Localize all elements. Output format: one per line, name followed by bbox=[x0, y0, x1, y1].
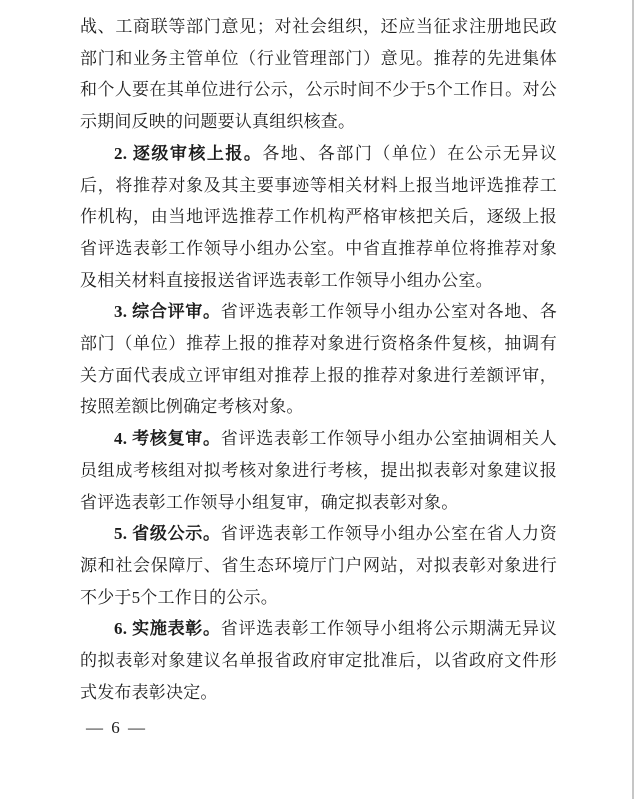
paragraph: 战、工商联等部门意见；对社会组织，还应当征求注册地民政部门和业务主管单位（行业管… bbox=[80, 11, 557, 138]
paragraph-text: 战、工商联等部门意见；对社会组织，还应当征求注册地民政部门和业务主管单位（行业管… bbox=[80, 17, 557, 131]
paragraph-lead: 5. 省级公示。 bbox=[114, 524, 221, 543]
paragraph-lead: 6. 实施表彰。 bbox=[114, 619, 221, 638]
paragraph: 2. 逐级审核上报。各地、各部门（单位）在公示无异议后，将推荐对象及其主要事迹等… bbox=[80, 138, 557, 297]
paragraph-lead: 3. 综合评审。 bbox=[114, 302, 221, 321]
paragraph: 5. 省级公示。省评选表彰工作领导小组办公室在省人力资源和社会保障厅、省生态环境… bbox=[80, 518, 557, 613]
document-page: 战、工商联等部门意见；对社会组织，还应当征求注册地民政部门和业务主管单位（行业管… bbox=[0, 0, 634, 799]
paragraph: 3. 综合评审。省评选表彰工作领导小组办公室对各地、各部门（单位）推荐上报的推荐… bbox=[80, 296, 557, 423]
paragraph-lead: 4. 考核复审。 bbox=[114, 429, 221, 448]
document-body: 战、工商联等部门意见；对社会组织，还应当征求注册地民政部门和业务主管单位（行业管… bbox=[80, 0, 557, 738]
paragraph-text: 各地、各部门（单位）在公示无异议后，将推荐对象及其主要事迹等相关材料上报当地评选… bbox=[80, 144, 557, 290]
page-number: — 6 — bbox=[86, 718, 557, 738]
paragraph: 6. 实施表彰。省评选表彰工作领导小组将公示期满无异议的拟表彰对象建议名单报省政… bbox=[80, 613, 557, 708]
paragraph-lead: 2. 逐级审核上报。 bbox=[114, 144, 262, 163]
paragraph: 4. 考核复审。省评选表彰工作领导小组办公室抽调相关人员组成考核组对拟考核对象进… bbox=[80, 423, 557, 518]
